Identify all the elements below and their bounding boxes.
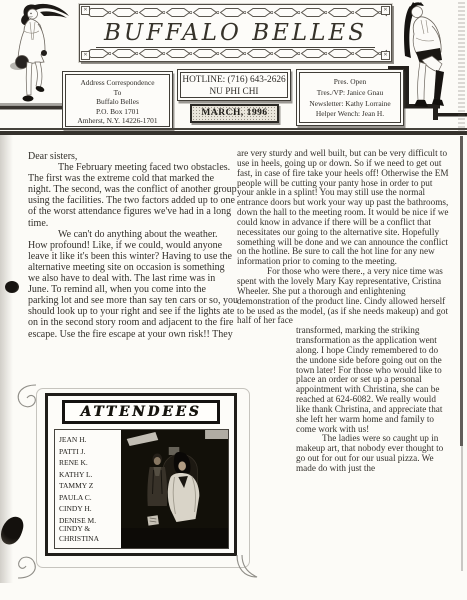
address-line: Address Correspondence (66, 78, 169, 88)
address-line: Buffalo Belles (66, 97, 169, 107)
photo-caption: CINDY & CHRISTINA (59, 524, 99, 543)
paragraph: The February meeting faced two obstacles… (28, 162, 238, 229)
scan-artifact (458, 2, 465, 134)
corner-x-icon: ✕ (381, 51, 390, 60)
address-line: Amherst, N.Y. 14226-1701 (66, 116, 169, 126)
officer-line: Helper Wench: Jean H. (300, 109, 400, 120)
salutation: Dear sisters, (28, 151, 238, 162)
paragraph: The ladies were so caught up in makeup a… (296, 434, 449, 473)
hotline-box: HOTLINE: (716) 643-2626 NU PHI CHI (177, 69, 291, 101)
corner-x-icon: ✕ (81, 51, 90, 60)
attendees-box: ATTENDEES JEAN H. PATTI J. RENE K. KATHY… (45, 393, 237, 556)
address-line: P.O. Box 1701 (66, 107, 169, 117)
scroll-curl-icon (14, 384, 40, 414)
scan-artifact (460, 136, 463, 446)
address-line: To (66, 88, 169, 98)
attendees-content: JEAN H. PATTI J. RENE K. KATHY L. TAMMY … (54, 429, 229, 549)
paragraph: For those who were there., a very nice t… (237, 267, 449, 326)
title-banner: BUFFALO BELLES ✕ ✕ ✕ ✕ (79, 4, 392, 62)
attendee-name: JEAN H. (59, 434, 121, 446)
newsletter-page: BUFFALO BELLES ✕ ✕ ✕ ✕ Address Correspon… (0, 0, 467, 600)
officer-line: Pres. Open (300, 77, 400, 88)
issue-date: MARCH, 1996 (201, 108, 267, 118)
page-title: BUFFALO BELLES (96, 20, 375, 48)
corner-x-icon: ✕ (381, 6, 390, 15)
address-box: Address Correspondence To Buffalo Belles… (62, 71, 173, 130)
paragraph: We can't do anything about the weather. … (28, 229, 238, 340)
scan-artifact (0, 135, 13, 583)
scan-artifact (461, 446, 463, 571)
header-rule (0, 128, 467, 135)
attendee-name: RENE K. (59, 457, 121, 469)
officer-line: Tres./VP: Janice Gnau (300, 88, 400, 99)
paragraph-continued: are very sturdy and well built, but can … (237, 149, 449, 267)
scan-artifact (5, 281, 19, 293)
banner-ornament-bottom (84, 48, 387, 59)
hotline-name: NU PHI CHI (181, 87, 287, 99)
attendee-name: KATHY L. (59, 469, 121, 481)
attendee-name: TAMMY Z (59, 480, 121, 492)
officers-box: Pres. Open Tres./VP: Janice Gnau Newslet… (296, 69, 404, 126)
issue-date-box: MARCH, 1996 (190, 104, 279, 123)
scroll-curl-icon (14, 550, 40, 580)
attendee-name: CINDY H. (59, 503, 121, 515)
scroll-curl-icon (234, 554, 260, 582)
attendee-name: PAULA C. (59, 492, 121, 504)
paragraph-continued: transformed, marking the striking transf… (296, 326, 449, 434)
officer-line: Newsletter: Kathy Lorraine (300, 99, 400, 110)
banner-ornament-top (84, 7, 387, 18)
right-column: are very sturdy and well built, but can … (237, 149, 449, 474)
corner-x-icon: ✕ (81, 6, 90, 15)
wrapped-text-block: transformed, marking the striking transf… (296, 326, 449, 474)
hotline-number: HOTLINE: (716) 643-2626 (181, 75, 287, 87)
attendee-name: PATTI J. (59, 446, 121, 458)
attendees-name-list: JEAN H. PATTI J. RENE K. KATHY L. TAMMY … (55, 430, 121, 548)
left-column: Dear sisters, The February meeting faced… (28, 151, 238, 340)
attendees-title: ATTENDEES (62, 400, 220, 424)
attendees-photo (121, 430, 228, 548)
